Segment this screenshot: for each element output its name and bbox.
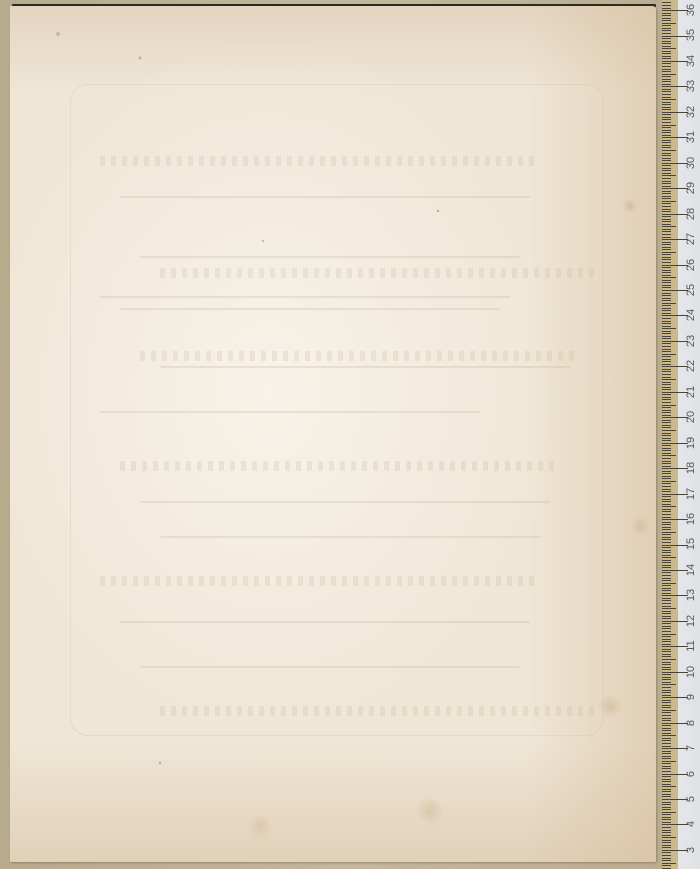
- ruler-tick: [662, 262, 671, 263]
- ruler-tick: [662, 562, 671, 563]
- ruler-tick: [662, 303, 676, 304]
- ruler-tick: [662, 397, 671, 398]
- ruler-tick: [662, 191, 671, 192]
- ruler-tick: [662, 242, 671, 243]
- ruler-cm-label: 31: [684, 128, 698, 146]
- ruler-tick: [662, 277, 676, 278]
- ruler-tick: [662, 623, 671, 624]
- ruler-tick: [662, 369, 671, 370]
- ruler-tick: [662, 695, 671, 696]
- show-through-staff: [100, 411, 480, 413]
- ruler-tick: [662, 486, 671, 487]
- show-through-staff: [160, 536, 540, 538]
- ruler-tick: [662, 331, 671, 332]
- ruler-tick: [662, 489, 671, 490]
- ruler-tick: [662, 25, 671, 26]
- ruler-tick: [662, 410, 671, 411]
- ruler-tick: [662, 593, 671, 594]
- ruler-tick: [662, 827, 671, 828]
- ruler-tick: [662, 448, 671, 449]
- ruler-tick: [662, 216, 671, 217]
- ruler-tick: [662, 158, 671, 159]
- ruler-tick: [662, 677, 671, 678]
- ruler-tick: [662, 466, 671, 467]
- ruler-tick: [662, 522, 671, 523]
- ruler-cm-label: 35: [684, 26, 698, 44]
- ruler-tick: [662, 226, 676, 227]
- ruler-tick: [662, 476, 671, 477]
- ruler-tick: [662, 382, 671, 383]
- ruler-tick: [662, 590, 671, 591]
- ruler-tick: [662, 170, 671, 171]
- ruler-tick: [662, 751, 671, 752]
- ruler-tick: [662, 183, 671, 184]
- ruler-tick: [662, 517, 671, 518]
- ruler-tick: [662, 415, 671, 416]
- ruler-tick: [662, 496, 671, 497]
- ruler-tick: [662, 249, 671, 250]
- ruler-tick: [662, 298, 671, 299]
- ruler-tick: [662, 407, 671, 408]
- ruler-tick: [662, 145, 671, 146]
- ruler-cm-label: 14: [684, 561, 698, 579]
- ruler-tick: [662, 863, 676, 864]
- ruler-tick: [662, 371, 671, 372]
- ruler-tick: [662, 766, 671, 767]
- ruler-tick: [662, 247, 671, 248]
- ruler-tick: [662, 819, 671, 820]
- ruler-cm-label: 36: [684, 1, 698, 19]
- ruler-tick: [662, 618, 671, 619]
- ruler-tick: [662, 394, 671, 395]
- ruler-tick: [662, 198, 671, 199]
- ruler-tick: [662, 473, 671, 474]
- ruler-tick: [662, 567, 671, 568]
- show-through-staff: [100, 576, 540, 586]
- show-through-staff: [160, 706, 600, 716]
- show-through-border: [70, 84, 604, 736]
- ruler-tick: [662, 603, 671, 604]
- show-through-staff: [160, 366, 570, 368]
- ruler-tick: [662, 333, 671, 334]
- ruler-cm-label: 19: [684, 434, 698, 452]
- ruler-tick: [662, 537, 671, 538]
- ruler-tick: [662, 193, 671, 194]
- ruler-tick: [662, 445, 671, 446]
- ruler-tick: [662, 858, 671, 859]
- ruler-tick: [662, 219, 671, 220]
- ruler-tick: [662, 119, 671, 120]
- ruler-cm-label: 21: [684, 383, 698, 401]
- ruler-tick: [662, 865, 671, 866]
- ruler-tick: [662, 234, 671, 235]
- ruler-tick: [662, 313, 671, 314]
- ruler-tick: [662, 527, 671, 528]
- ruler-tick: [662, 84, 671, 85]
- ruler-tick: [662, 756, 671, 757]
- ruler-tick: [662, 56, 671, 57]
- ruler-tick: [662, 323, 671, 324]
- ruler-tick: [662, 532, 676, 533]
- ruler-cm-label: 34: [684, 52, 698, 70]
- ruler-tick: [662, 514, 671, 515]
- ruler-cm-label: 13: [684, 586, 698, 604]
- ruler-tick: [662, 282, 671, 283]
- ruler-tick: [662, 791, 671, 792]
- ruler-tick: [662, 79, 671, 80]
- ruler-tick: [662, 718, 671, 719]
- ruler-cm-label: 8: [684, 714, 698, 732]
- ruler-tick: [662, 221, 671, 222]
- show-through-staff: [120, 196, 530, 198]
- ruler-tick: [662, 135, 671, 136]
- ruler-tick: [662, 76, 671, 77]
- ruler-tick: [662, 501, 671, 502]
- ruler-cm-label: 27: [684, 230, 698, 248]
- ruler-tick: [662, 802, 671, 803]
- ruler-tick: [662, 840, 671, 841]
- ruler-tick: [662, 662, 671, 663]
- ruler-tick: [662, 786, 676, 787]
- ruler-tick: [662, 509, 671, 510]
- ruler-tick: [662, 753, 671, 754]
- ruler-tick: [662, 702, 671, 703]
- ruler-tick: [662, 804, 671, 805]
- ruler-tick: [662, 674, 671, 675]
- ruler-tick: [662, 422, 671, 423]
- ruler-tick: [662, 830, 671, 831]
- ruler-tick: [662, 776, 671, 777]
- ruler-tick: [662, 168, 671, 169]
- ruler-cm-label: 3: [684, 841, 698, 859]
- ruler-tick: [662, 38, 671, 39]
- ruler-tick: [662, 855, 671, 856]
- ruler-tick: [662, 425, 671, 426]
- ruler-tick: [662, 343, 671, 344]
- ruler-tick: [662, 504, 671, 505]
- ruler-tick: [662, 229, 671, 230]
- ruler-tick: [662, 114, 671, 115]
- ruler-tick: [662, 8, 671, 9]
- ruler-tick: [662, 547, 671, 548]
- ruler-tick: [662, 712, 671, 713]
- ruler-tick: [662, 58, 671, 59]
- ruler-tick: [662, 206, 671, 207]
- ruler-tick: [662, 402, 671, 403]
- show-through-staff: [100, 156, 540, 166]
- ruler-tick: [662, 613, 671, 614]
- ruler-tick: [662, 575, 671, 576]
- ruler-tick: [662, 305, 671, 306]
- ruler-tick: [662, 18, 671, 19]
- ruler-tick: [662, 308, 671, 309]
- ruler-tick: [662, 66, 671, 67]
- ruler-tick: [662, 580, 671, 581]
- ruler-tick: [662, 20, 671, 21]
- ruler-tick: [662, 254, 671, 255]
- paper-page: [10, 6, 656, 862]
- ruler-tick: [662, 852, 671, 853]
- ruler-tick: [662, 364, 671, 365]
- ruler-tick: [662, 692, 671, 693]
- ruler-tick: [662, 539, 671, 540]
- ruler-cm-label: 11: [684, 637, 698, 655]
- ruler-tick: [662, 285, 671, 286]
- ruler-cm-label: 15: [684, 535, 698, 553]
- ruler-tick: [662, 817, 671, 818]
- ruler-tick: [662, 295, 671, 296]
- ruler-tick: [662, 738, 671, 739]
- ruler-tick: [662, 720, 671, 721]
- ruler-tick: [662, 450, 671, 451]
- ruler-tick: [662, 639, 671, 640]
- ruler-cm-label: 9: [684, 688, 698, 706]
- ruler-tick: [662, 499, 671, 500]
- ruler-tick: [662, 631, 671, 632]
- ruler-tick: [662, 69, 671, 70]
- ruler-tick: [662, 346, 671, 347]
- ruler-tick: [662, 48, 676, 49]
- ruler-tick: [662, 649, 671, 650]
- ruler-tick: [662, 588, 671, 589]
- ruler-tick: [662, 794, 671, 795]
- ruler-tick: [662, 634, 676, 635]
- ruler-tick: [662, 735, 676, 736]
- ruler-tick: [662, 293, 671, 294]
- show-through-staff: [120, 308, 500, 310]
- ruler-tick: [662, 837, 676, 838]
- ruler-tick: [662, 478, 671, 479]
- ruler-tick: [662, 310, 671, 311]
- ruler-tick: [662, 211, 671, 212]
- ruler-tick: [662, 700, 671, 701]
- ruler-tick: [662, 97, 671, 98]
- ruler-tick: [662, 140, 671, 141]
- ruler-tick: [662, 165, 671, 166]
- ruler-cm-label: 28: [684, 205, 698, 223]
- show-through-staff: [100, 296, 510, 298]
- ruler-tick: [662, 15, 671, 16]
- ruler-tick: [662, 511, 671, 512]
- ruler-tick: [662, 379, 676, 380]
- ruler-tick: [662, 616, 671, 617]
- ruler-tick: [662, 23, 676, 24]
- ruler-tick: [662, 74, 676, 75]
- ruler-tick: [662, 259, 671, 260]
- ruler-tick: [662, 628, 671, 629]
- ruler-cm-label: 10: [684, 663, 698, 681]
- ruler-tick: [662, 690, 671, 691]
- ruler-tick: [662, 147, 671, 148]
- ruler-tick: [662, 5, 671, 6]
- ruler-tick: [662, 91, 671, 92]
- ruler-tick: [662, 740, 671, 741]
- ruler-tick: [662, 420, 671, 421]
- ruler-tick: [662, 287, 671, 288]
- ruler-tick: [662, 244, 671, 245]
- ruler-tick: [662, 644, 671, 645]
- ruler-tick: [662, 758, 671, 759]
- ruler-tick: [662, 679, 671, 680]
- ruler-tick: [662, 565, 671, 566]
- ruler-tick: [662, 705, 671, 706]
- ruler-tick: [662, 427, 671, 428]
- ruler-tick: [662, 132, 671, 133]
- ruler-tick: [662, 280, 671, 281]
- ruler-tick: [662, 784, 671, 785]
- ruler-tick: [662, 455, 676, 456]
- ruler-tick: [662, 812, 676, 813]
- ruler-tick: [662, 463, 671, 464]
- show-through-staff: [140, 351, 580, 361]
- ruler-tick: [662, 109, 671, 110]
- ruler-tick: [662, 267, 671, 268]
- ruler-tick: [662, 524, 671, 525]
- ruler-tick: [662, 779, 671, 780]
- ruler-tick: [662, 46, 671, 47]
- ruler-tick: [662, 557, 676, 558]
- ruler-tick: [662, 160, 671, 161]
- ruler-tick: [662, 606, 671, 607]
- ruler-tick: [662, 237, 671, 238]
- ruler-tick: [662, 150, 676, 151]
- ruler-tick: [662, 81, 671, 82]
- ruler-tick: [662, 771, 671, 772]
- ruler-tick: [662, 270, 671, 271]
- ruler-tick: [662, 832, 671, 833]
- ruler-tick: [662, 178, 671, 179]
- ruler-tick: [662, 142, 671, 143]
- ruler-tick: [662, 453, 671, 454]
- ruler-tick: [662, 781, 671, 782]
- ruler-cm-label: 7: [684, 739, 698, 757]
- ruler-cm-label: 16: [684, 510, 698, 528]
- ruler-tick: [662, 203, 671, 204]
- ruler-tick: [662, 130, 671, 131]
- ruler-tick: [662, 550, 671, 551]
- ruler-tick: [662, 153, 671, 154]
- ruler-tick: [662, 684, 676, 685]
- measuring-ruler: 3635343332313029282726252423222120191817…: [662, 0, 700, 869]
- ruler-tick: [662, 354, 676, 355]
- ruler-tick: [662, 399, 671, 400]
- ruler-cm-label: 4: [684, 815, 698, 833]
- ruler-tick: [662, 122, 671, 123]
- ruler-tick: [662, 707, 671, 708]
- ruler-tick: [662, 412, 671, 413]
- ruler-tick: [662, 814, 671, 815]
- ruler-cm-label: 17: [684, 485, 698, 503]
- ruler-tick: [662, 481, 676, 482]
- ruler-tick: [662, 173, 671, 174]
- ruler-tick: [662, 13, 671, 14]
- ruler-cm-label: 25: [684, 281, 698, 299]
- show-through-staff: [140, 256, 520, 258]
- show-through-staff: [140, 666, 520, 668]
- ruler-tick: [662, 117, 671, 118]
- ruler-tick: [662, 572, 671, 573]
- ruler-tick: [662, 471, 671, 472]
- ruler-tick: [662, 807, 671, 808]
- ruler-tick: [662, 374, 671, 375]
- ruler-tick: [662, 94, 671, 95]
- ruler-tick: [662, 636, 671, 637]
- ruler-tick: [662, 318, 671, 319]
- ruler-tick: [662, 746, 671, 747]
- ruler-tick: [662, 542, 671, 543]
- ruler-tick: [662, 458, 671, 459]
- ruler-tick: [662, 534, 671, 535]
- ruler-tick: [662, 585, 671, 586]
- ruler-cm-label: 23: [684, 332, 698, 350]
- ruler-tick: [662, 822, 671, 823]
- ruler-tick: [662, 272, 671, 273]
- ruler-tick: [662, 656, 671, 657]
- ruler-tick: [662, 761, 676, 762]
- ruler-tick: [662, 433, 671, 434]
- ruler-tick: [662, 560, 671, 561]
- ruler-tick: [662, 860, 671, 861]
- ruler-tick: [662, 809, 671, 810]
- ruler-tick: [662, 743, 671, 744]
- show-through-staff: [120, 621, 530, 623]
- ruler-tick: [662, 387, 671, 388]
- ruler-tick: [662, 598, 671, 599]
- ruler-tick: [662, 175, 676, 176]
- ruler-tick: [662, 89, 671, 90]
- ruler-tick: [662, 356, 671, 357]
- ruler-cm-label: 26: [684, 256, 698, 274]
- show-through-staff: [140, 501, 550, 503]
- ruler-tick: [662, 733, 671, 734]
- ruler-tick: [662, 389, 671, 390]
- ruler-tick: [662, 377, 671, 378]
- ruler-tick: [662, 667, 671, 668]
- ruler-tick: [662, 768, 671, 769]
- ruler-tick: [662, 405, 676, 406]
- ruler-tick: [662, 196, 671, 197]
- ruler-cm-label: 32: [684, 103, 698, 121]
- ruler-tick: [662, 835, 671, 836]
- ruler-cm-label: 30: [684, 154, 698, 172]
- ruler-cm-label: 22: [684, 357, 698, 375]
- ruler-tick: [662, 491, 671, 492]
- ruler-tick: [662, 99, 676, 100]
- ruler-tick: [662, 651, 671, 652]
- ruler-tick: [662, 483, 671, 484]
- ruler-tick: [662, 715, 671, 716]
- ruler-tick: [662, 186, 671, 187]
- ruler-tick: [662, 224, 671, 225]
- ruler-tick: [662, 845, 671, 846]
- ruler-tick: [662, 351, 671, 352]
- ruler-tick: [662, 583, 676, 584]
- ruler-tick: [662, 300, 671, 301]
- ruler-tick: [662, 349, 671, 350]
- ruler-tick: [662, 361, 671, 362]
- ruler-tick: [662, 209, 671, 210]
- ruler-tick: [662, 664, 671, 665]
- ruler-tick: [662, 710, 676, 711]
- ruler-tick: [662, 552, 671, 553]
- ruler-tick: [662, 384, 671, 385]
- ruler-tick: [662, 326, 671, 327]
- ruler-tick: [662, 321, 671, 322]
- ruler-tick: [662, 654, 671, 655]
- ruler-tick: [662, 578, 671, 579]
- ruler-cm-label: 6: [684, 765, 698, 783]
- ruler-cm-label: 12: [684, 612, 698, 630]
